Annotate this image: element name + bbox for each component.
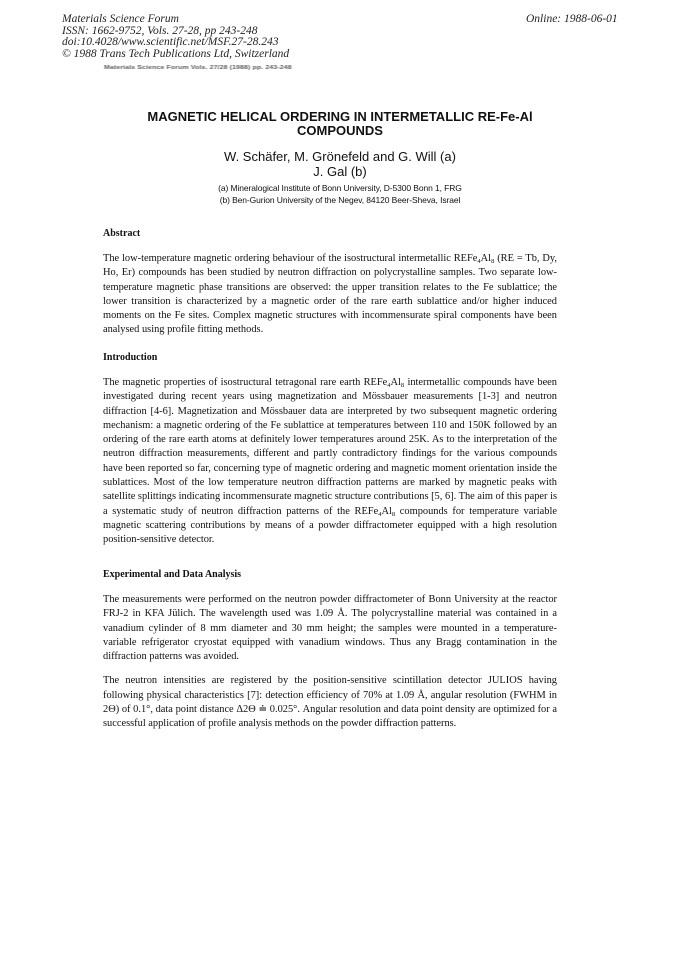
title-line-2: COMPOUNDS: [100, 124, 580, 138]
affiliation-a: (a) Mineralogical Institute of Bonn Univ…: [100, 182, 580, 194]
online-date: Online: 1988-06-01: [526, 14, 618, 26]
abstract-section: Abstract The low-temperature magnetic or…: [103, 228, 557, 338]
publication-header: Materials Science Forum ISSN: 1662-9752,…: [62, 14, 289, 60]
abstract-heading: Abstract: [103, 228, 557, 240]
experimental-section: Experimental and Data Analysis The measu…: [103, 569, 557, 732]
experimental-paragraph-1: The measurements were performed on the n…: [103, 593, 557, 664]
affiliations: (a) Mineralogical Institute of Bonn Univ…: [100, 182, 580, 206]
journal-name: Materials Science Forum: [62, 14, 289, 26]
authors: W. Schäfer, M. Grönefeld and G. Will (a)…: [100, 150, 580, 179]
introduction-heading: Introduction: [103, 352, 557, 364]
title-line-1: MAGNETIC HELICAL ORDERING IN INTERMETALL…: [100, 110, 580, 124]
introduction-section: Introduction The magnetic properties of …: [103, 352, 557, 548]
experimental-paragraph-2: The neutron intensities are registered b…: [103, 674, 557, 731]
abstract-text: The low-temperature magnetic ordering be…: [103, 252, 557, 338]
authors-line-1: W. Schäfer, M. Grönefeld and G. Will (a): [100, 150, 580, 165]
authors-line-2: J. Gal (b): [100, 165, 580, 180]
paper-title: MAGNETIC HELICAL ORDERING IN INTERMETALL…: [100, 110, 580, 138]
experimental-heading: Experimental and Data Analysis: [103, 569, 557, 581]
affiliation-b: (b) Ben-Gurion University of the Negev, …: [100, 194, 580, 206]
doi-line: doi:10.4028/www.scientific.net/MSF.27-28…: [62, 37, 289, 49]
copyright-line: © 1988 Trans Tech Publications Ltd, Swit…: [62, 49, 289, 61]
introduction-text: The magnetic properties of isostructural…: [103, 376, 557, 548]
scanned-running-header: Materials Science Forum Vols. 27/28 (198…: [104, 65, 292, 71]
